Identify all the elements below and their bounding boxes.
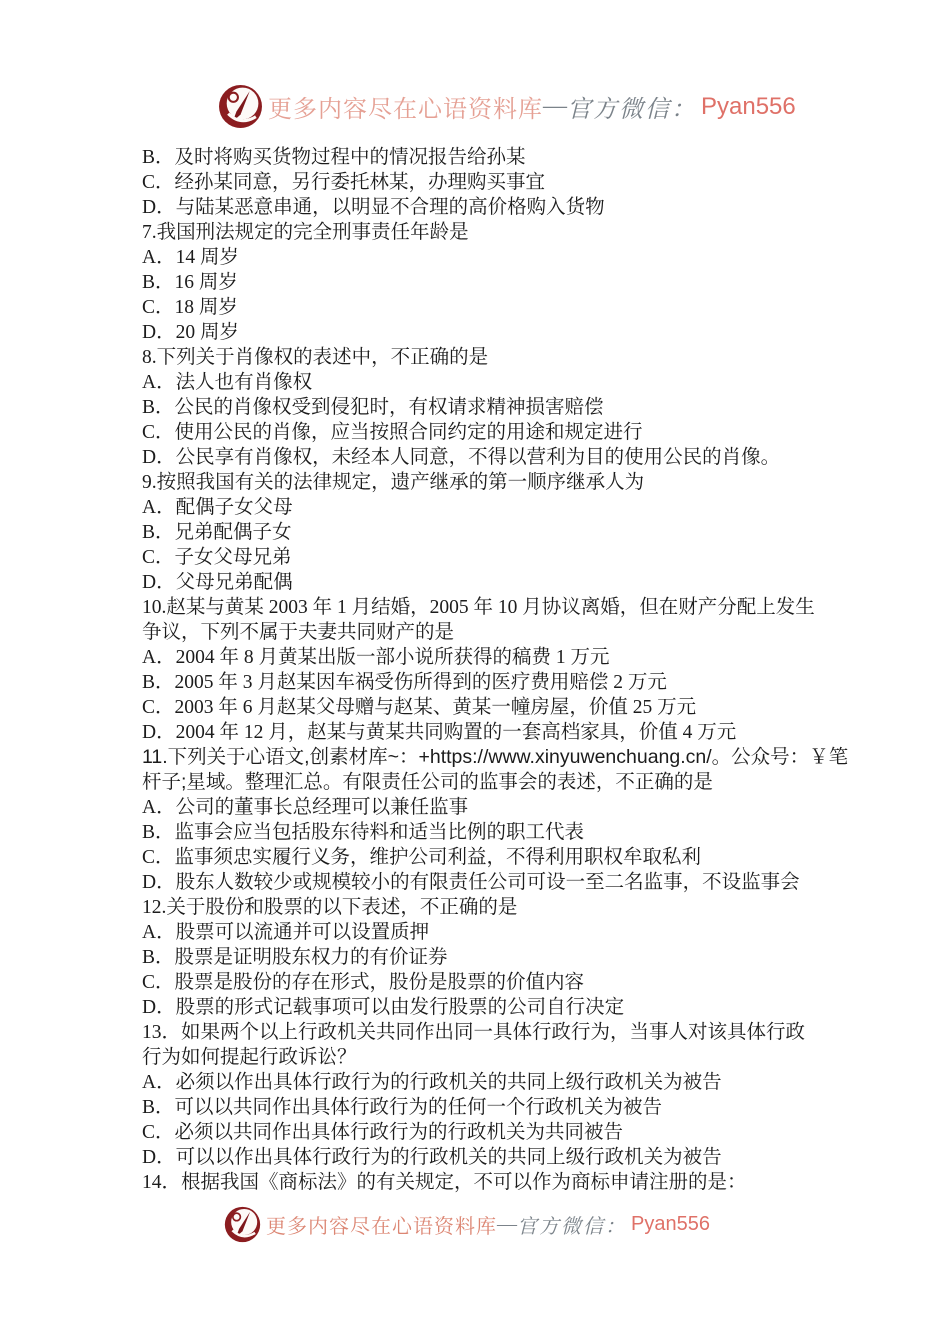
- text-line: B．及时将购买货物过程中的情况报告给孙某: [142, 145, 872, 170]
- text-line: 7.我国刑法规定的完全刑事责任年龄是: [142, 220, 872, 245]
- text-line: 杆子;星域。整理汇总。有限责任公司的监事会的表述，不正确的是: [142, 770, 872, 795]
- text-line: 9.按照我国有关的法律规定，遗产继承的第一顺序继承人为: [142, 470, 872, 495]
- brand-pen-logo-icon: [218, 84, 263, 129]
- text-line: B．监事会应当包括股东待料和适当比例的职工代表: [142, 820, 872, 845]
- text-line: C．监事须忠实履行义务，维护公司利益，不得利用职权牟取私利: [142, 845, 872, 870]
- watermark-dash: —: [543, 93, 567, 120]
- brand-pen-logo-icon: [224, 1206, 261, 1243]
- header-watermark: 更多内容尽在心语资料库 — 官方微信： Pyan556: [218, 84, 796, 129]
- text-line: 争议，下列不属于夫妻共同财产的是: [142, 620, 872, 645]
- watermark-wechat-label: 官方微信：: [517, 1210, 627, 1239]
- text-line: C．股票是股份的存在形式，股份是股票的价值内容: [142, 970, 872, 995]
- text-line: A．公司的董事长总经理可以兼任监事: [142, 795, 872, 820]
- text-line: D．股东人数较少或规模较小的有限责任公司可设一至二名监事，不设监事会: [142, 870, 872, 895]
- text-line: B．股票是证明股东权力的有价证券: [142, 945, 872, 970]
- text-line: D．2004 年 12 月，赵某与黄某共同购置的一套高档家具，价值 4 万元: [142, 720, 872, 745]
- watermark-dash: —: [497, 1213, 517, 1236]
- text-line: A．法人也有肖像权: [142, 370, 872, 395]
- text-line: A．必须以作出具体行政行为的行政机关的共同上级行政机关为被告: [142, 1070, 872, 1095]
- text-line: 11.下列关于心语文,创素材库~：+https://www.xinyuwench…: [142, 745, 872, 770]
- text-line: A．14 周岁: [142, 245, 872, 270]
- text-line: C．子女父母兄弟: [142, 545, 872, 570]
- text-line: B．16 周岁: [142, 270, 872, 295]
- text-line: C．18 周岁: [142, 295, 872, 320]
- text-line: A．股票可以流通并可以设置质押: [142, 920, 872, 945]
- text-line: B．公民的肖像权受到侵犯时，有权请求精神损害赔偿: [142, 395, 872, 420]
- watermark-brand-text: 更多内容尽在心语资料库: [266, 1210, 497, 1239]
- watermark-wechat-id: Pyan556: [631, 1213, 710, 1236]
- text-line: B．2005 年 3 月赵某因车祸受伤所得到的医疗费用赔偿 2 万元: [142, 670, 872, 695]
- text-line: B．兄弟配偶子女: [142, 520, 872, 545]
- document-page: 更多内容尽在心语资料库 — 官方微信： Pyan556 B．及时将购买货物过程中…: [0, 0, 950, 1344]
- text-line: D．父母兄弟配偶: [142, 570, 872, 595]
- text-line: D．可以以作出具体行政行为的行政机关的共同上级行政机关为被告: [142, 1145, 872, 1170]
- document-body: B．及时将购买货物过程中的情况报告给孙某C．经孙某同意，另行委托林某，办理购买事…: [142, 145, 872, 1195]
- footer-watermark: 更多内容尽在心语资料库 — 官方微信： Pyan556: [224, 1206, 710, 1243]
- text-line: 行为如何提起行政诉讼？: [142, 1045, 872, 1070]
- text-line: 14．根据我国《商标法》的有关规定，不可以作为商标申请注册的是：: [142, 1170, 872, 1195]
- text-line: 12.关于股份和股票的以下表述，不正确的是: [142, 895, 872, 920]
- text-line: C．经孙某同意，另行委托林某，办理购买事宜: [142, 170, 872, 195]
- text-line: 10.赵某与黄某 2003 年 1 月结婚，2005 年 10 月协议离婚，但在…: [142, 595, 872, 620]
- text-line: C．使用公民的肖像，应当按照合同约定的用途和规定进行: [142, 420, 872, 445]
- text-line: D．20 周岁: [142, 320, 872, 345]
- text-line: D．公民享有肖像权，未经本人同意，不得以营利为目的使用公民的肖像。: [142, 445, 872, 470]
- text-line: D．与陆某恶意串通，以明显不合理的高价格购入货物: [142, 195, 872, 220]
- watermark-brand-text: 更多内容尽在心语资料库: [268, 89, 543, 124]
- watermark-wechat-label: 官方微信：: [567, 89, 697, 124]
- text-line: B．可以以共同作出具体行政行为的任何一个行政机关为被告: [142, 1095, 872, 1120]
- text-line: A．配偶子女父母: [142, 495, 872, 520]
- text-line: C．必须以共同作出具体行政行为的行政机关为共同被告: [142, 1120, 872, 1145]
- text-line: C．2003 年 6 月赵某父母赠与赵某、黄某一幢房屋，价值 25 万元: [142, 695, 872, 720]
- text-line: A．2004 年 8 月黄某出版一部小说所获得的稿费 1 万元: [142, 645, 872, 670]
- text-line: D．股票的形式记载事项可以由发行股票的公司自行决定: [142, 995, 872, 1020]
- text-line: 13．如果两个以上行政机关共同作出同一具体行政行为，当事人对该具体行政: [142, 1020, 872, 1045]
- watermark-wechat-id: Pyan556: [701, 93, 796, 121]
- text-line: 8.下列关于肖像权的表述中，不正确的是: [142, 345, 872, 370]
